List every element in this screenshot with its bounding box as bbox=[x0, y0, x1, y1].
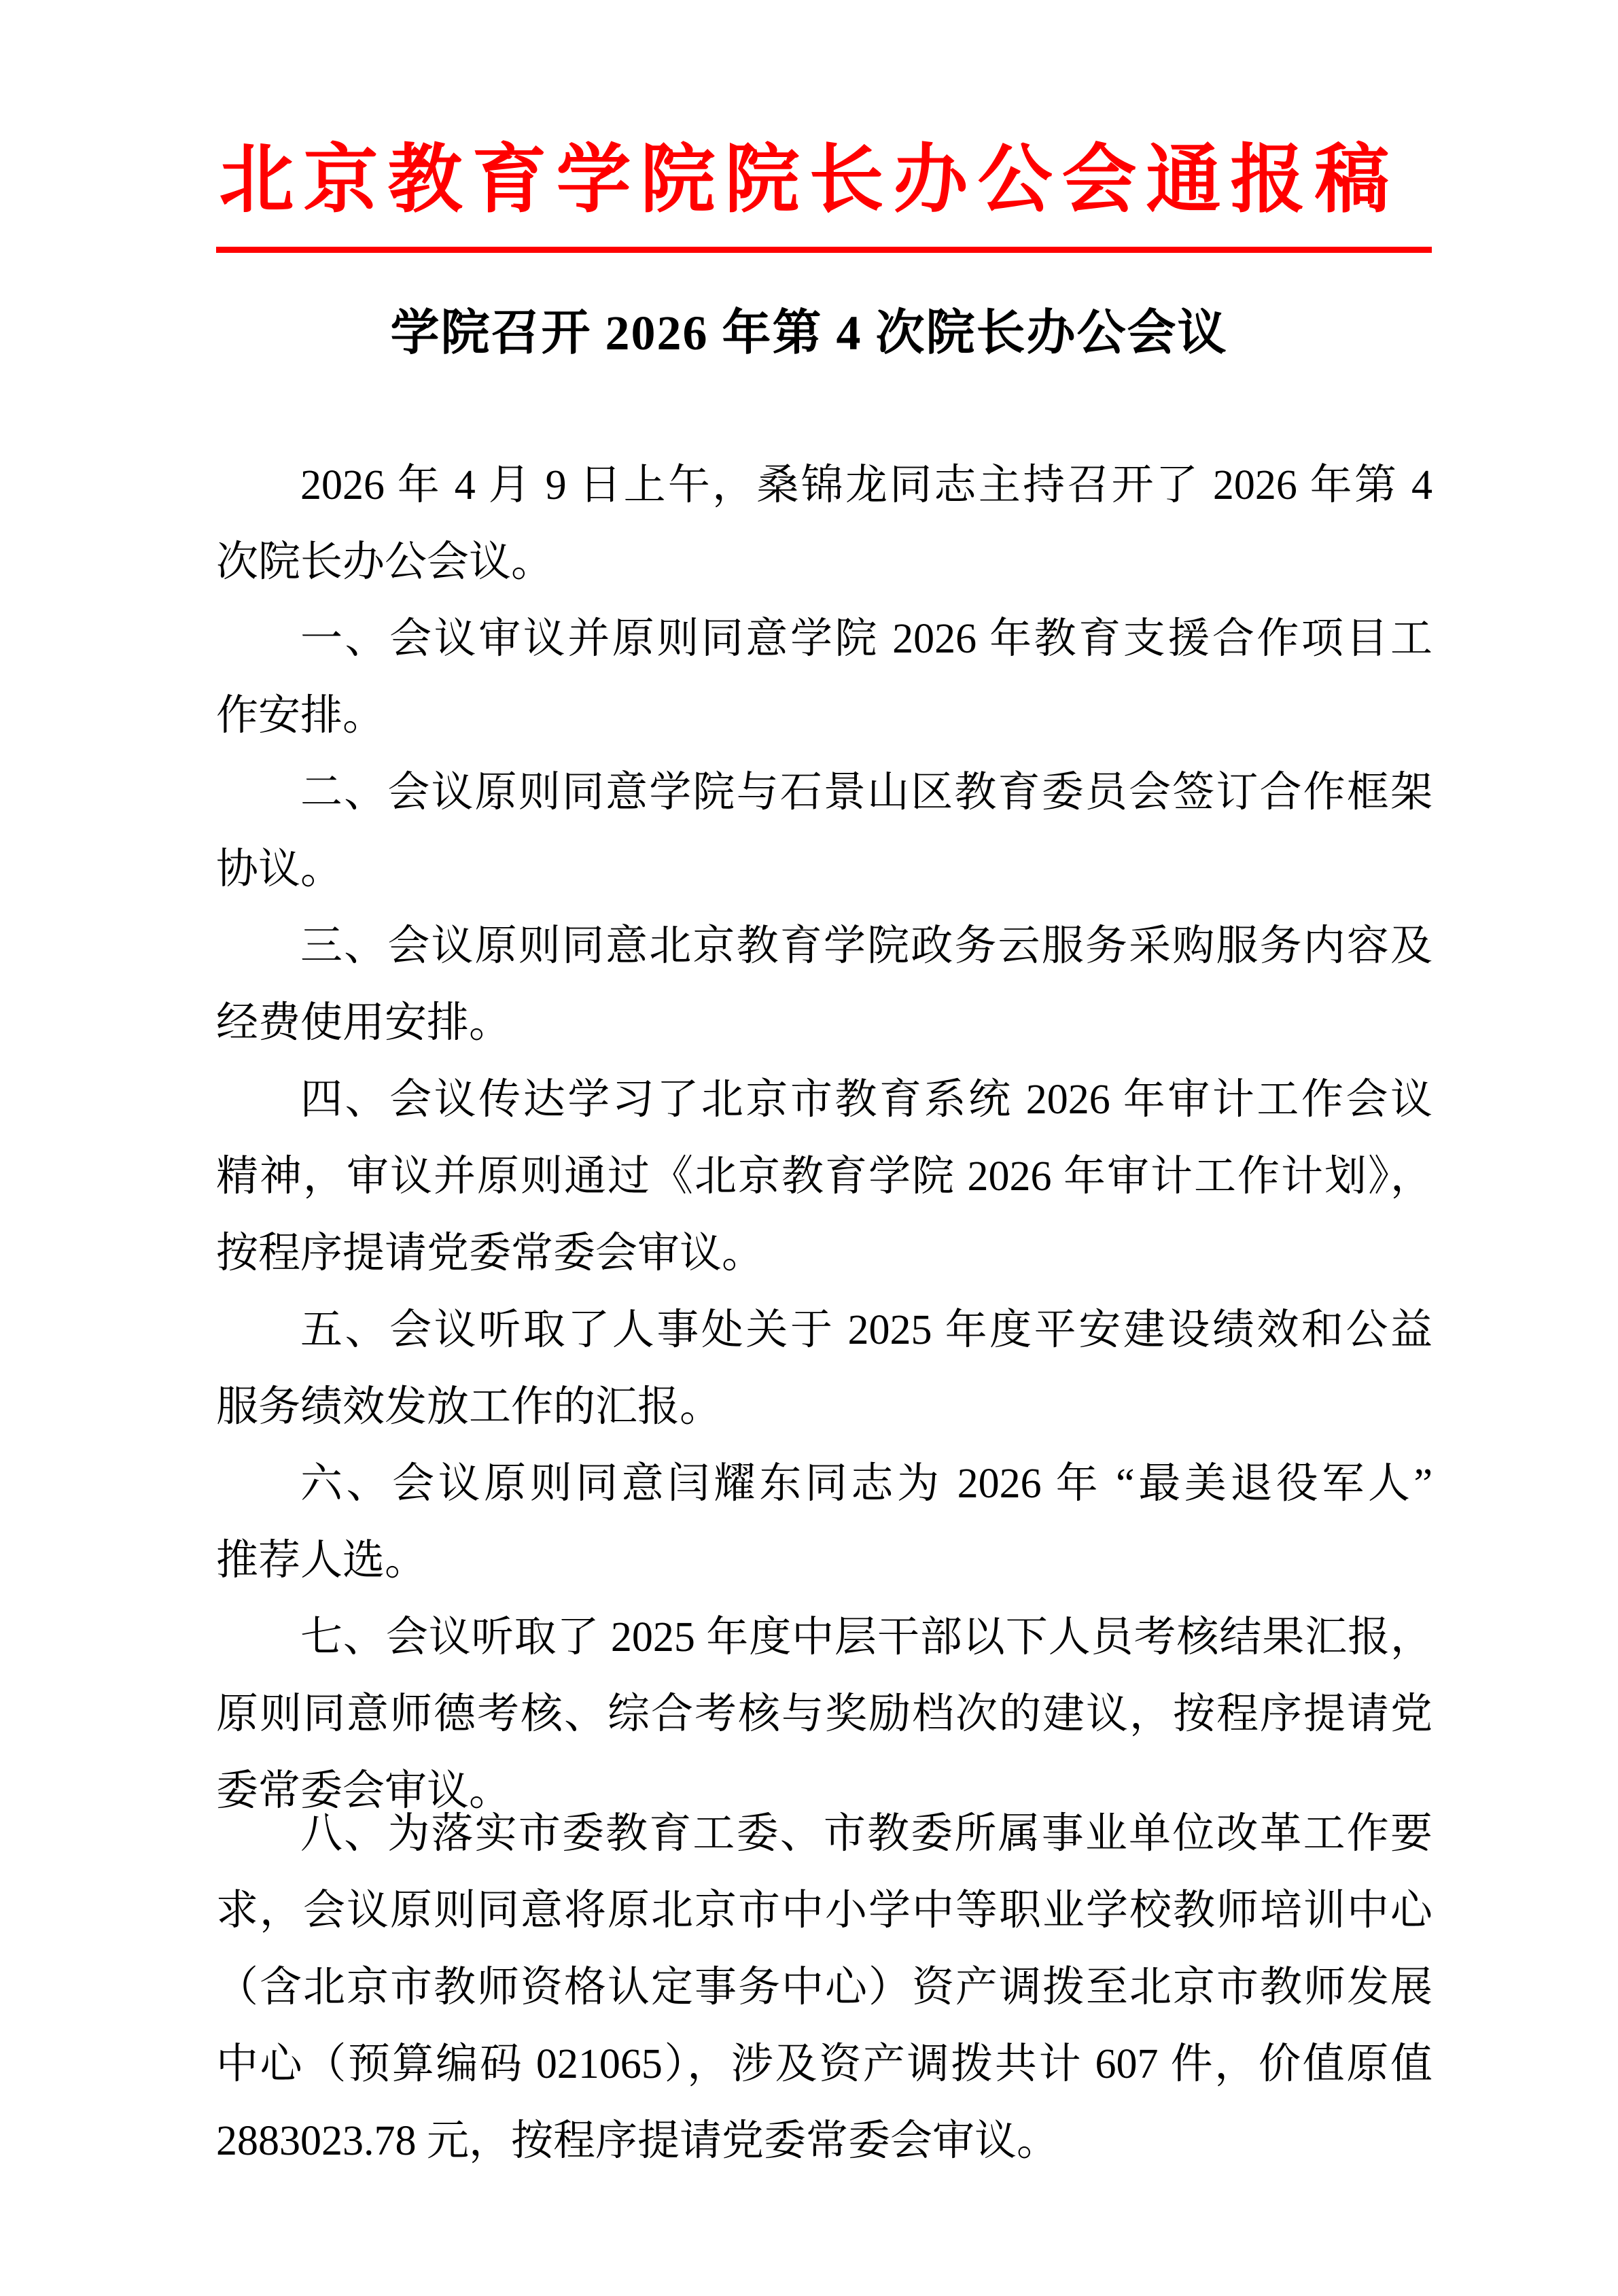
text-line: 推荐人选。 bbox=[216, 1523, 1432, 1599]
text-line: 2026 年 4 月 9 日上午，桑锦龙同志主持召开了 2026 年第 4 bbox=[216, 447, 1432, 524]
text-line: 次院长办公会议。 bbox=[216, 524, 1432, 601]
text-line: 五、会议听取了人事处关于 2025 年度平安建设绩效和公益 bbox=[216, 1292, 1432, 1369]
text-line: 作安排。 bbox=[216, 678, 1432, 754]
text-line: 求，会议原则同意将原北京市中小学中等职业学校教师培训中心 bbox=[216, 1873, 1432, 1949]
text-line: 六、会议原则同意闫耀东同志为 2026 年 “最美退役军人” bbox=[216, 1446, 1432, 1523]
text-line: 服务绩效发放工作的汇报。 bbox=[216, 1369, 1432, 1446]
text-line: 八、为落实市委教育工委、市教委所属事业单位改革工作要 bbox=[216, 1796, 1432, 1873]
text-line: 按程序提请党委常委会审议。 bbox=[216, 1215, 1432, 1292]
paragraph: 八、为落实市委教育工委、市教委所属事业单位改革工作要求，会议原则同意将原北京市中… bbox=[216, 1796, 1432, 2180]
text-line: 原则同意师德考核、综合考核与奖励档次的建议，按程序提请党 bbox=[216, 1676, 1432, 1753]
document-subtitle: 学院召开 2026 年第 4 次院长办公会议 bbox=[0, 296, 1618, 370]
paragraph: 四、会议传达学习了北京市教育系统 2026 年审计工作会议精神，审议并原则通过《… bbox=[216, 1062, 1432, 1292]
text-line: 中心（预算编码 021065），涉及资产调拨共计 607 件，价值原值 bbox=[216, 2026, 1432, 2103]
document-body: 2026 年 4 月 9 日上午，桑锦龙同志主持召开了 2026 年第 4次院长… bbox=[216, 447, 1432, 2180]
paragraph: 六、会议原则同意闫耀东同志为 2026 年 “最美退役军人”推荐人选。 bbox=[216, 1446, 1432, 1599]
text-line: 2883023.78 元，按程序提请党委常委会审议。 bbox=[216, 2103, 1432, 2180]
document-title: 北京教育学院院长办公会通报稿 bbox=[0, 133, 1618, 227]
text-line: 经费使用安排。 bbox=[216, 985, 1432, 1062]
paragraph: 三、会议原则同意北京教育学院政务云服务采购服务内容及经费使用安排。 bbox=[216, 908, 1432, 1062]
text-line: 四、会议传达学习了北京市教育系统 2026 年审计工作会议 bbox=[216, 1062, 1432, 1138]
paragraph: 二、会议原则同意学院与石景山区教育委员会签订合作框架协议。 bbox=[216, 754, 1432, 908]
text-line: 协议。 bbox=[216, 831, 1432, 908]
text-line: 三、会议原则同意北京教育学院政务云服务采购服务内容及 bbox=[216, 908, 1432, 985]
text-line: 二、会议原则同意学院与石景山区教育委员会签订合作框架 bbox=[216, 754, 1432, 831]
text-line: 七、会议听取了 2025 年度中层干部以下人员考核结果汇报， bbox=[216, 1599, 1432, 1676]
title-underline-rule bbox=[216, 247, 1432, 253]
text-line: 精神，审议并原则通过《北京教育学院 2026 年审计工作计划》， bbox=[216, 1138, 1432, 1215]
text-line: 一、会议审议并原则同意学院 2026 年教育支援合作项目工 bbox=[216, 601, 1432, 678]
paragraph: 五、会议听取了人事处关于 2025 年度平安建设绩效和公益服务绩效发放工作的汇报… bbox=[216, 1292, 1432, 1446]
paragraph: 2026 年 4 月 9 日上午，桑锦龙同志主持召开了 2026 年第 4次院长… bbox=[216, 447, 1432, 601]
paragraph: 一、会议审议并原则同意学院 2026 年教育支援合作项目工作安排。 bbox=[216, 601, 1432, 754]
text-line: （含北京市教师资格认定事务中心）资产调拨至北京市教师发展 bbox=[216, 1949, 1432, 2026]
document-page: 北京教育学院院长办公会通报稿 学院召开 2026 年第 4 次院长办公会议 20… bbox=[0, 0, 1618, 2296]
